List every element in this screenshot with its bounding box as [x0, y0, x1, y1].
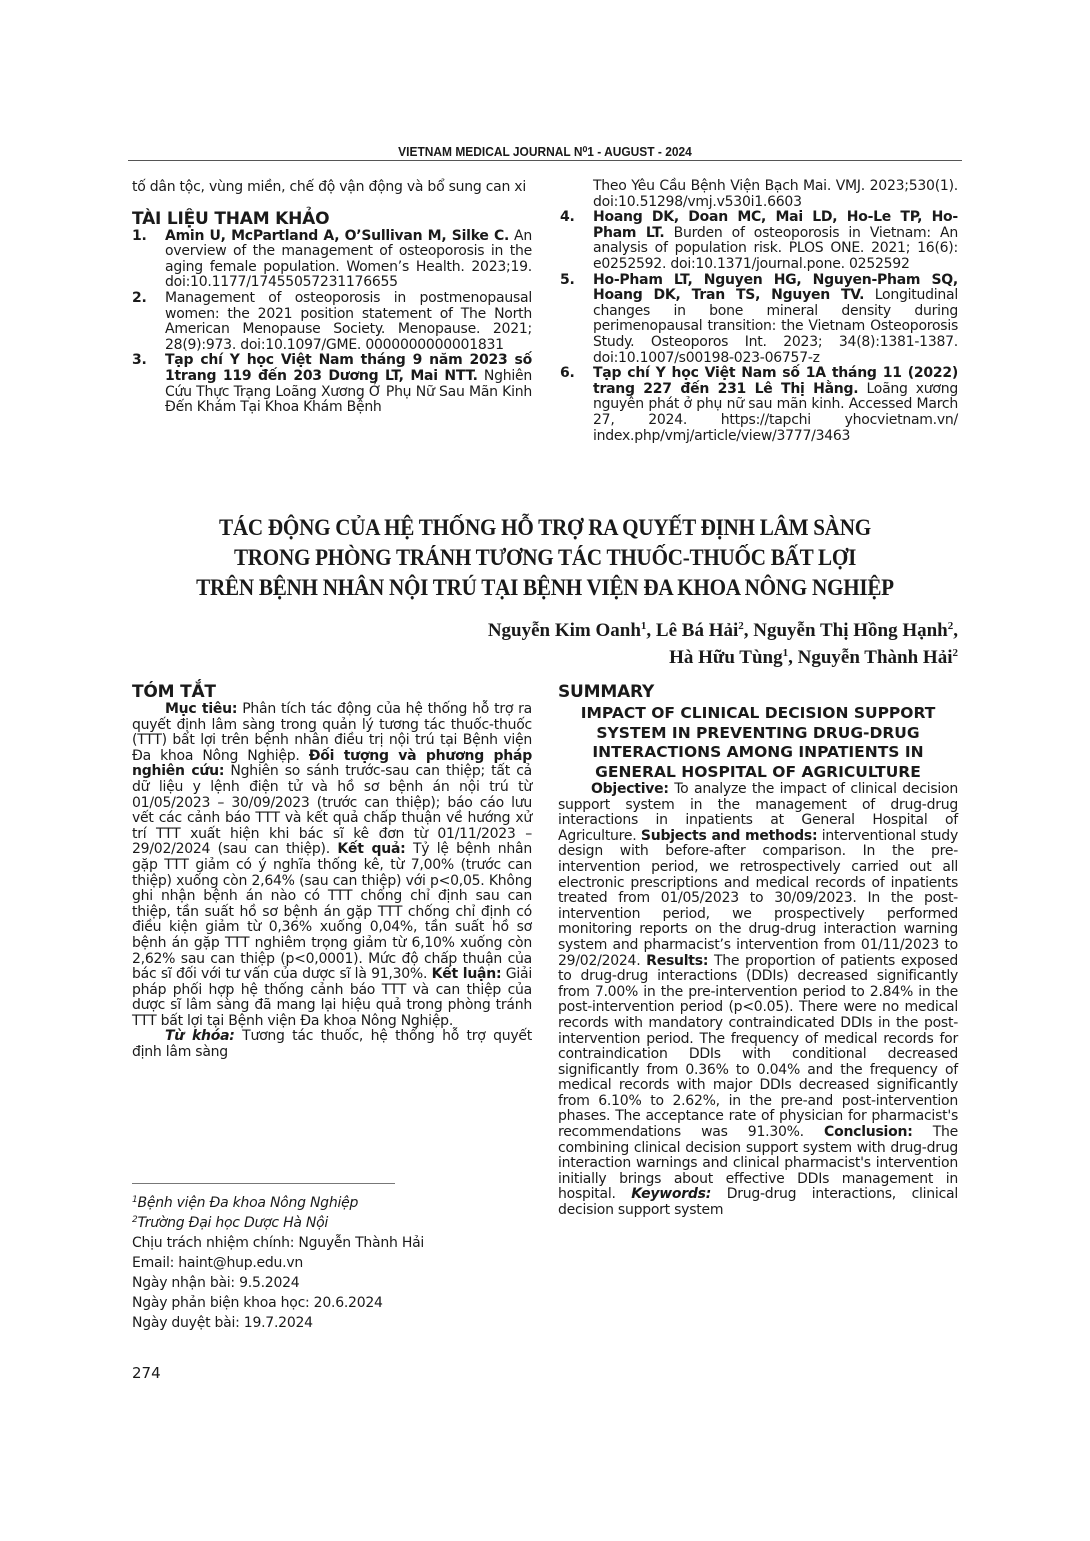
author-name: Lê Bá Hải — [656, 620, 738, 641]
author-name: Nguyễn Thành Hải — [798, 647, 953, 668]
abstract-vietnamese: TÓM TẮT Mục tiêu: Phân tích tác động của… — [132, 682, 532, 1061]
keywords-vi: Từ khóa: Tương tác thuốc, hệ thống hỗ tr… — [132, 1029, 532, 1060]
references-heading: TÀI LIỆU THAM KHẢO — [132, 209, 532, 229]
reference-item: 4. Hoang DK, Doan MC, Mai LD, Ho-Le TP, … — [560, 210, 958, 272]
abstract-body-en: Objective: To analyze the impact of clin… — [558, 782, 958, 1219]
summary-heading: SUMMARY — [558, 682, 958, 702]
running-head: VIETNAM MEDICAL JOURNAL N⁰1 - AUGUST - 2… — [161, 144, 928, 160]
author-name: Hà Hữu Tùng — [669, 647, 783, 668]
header-rule — [128, 160, 962, 161]
previous-article-tail: tố dân tộc, vùng miền, chế độ vận động v… — [132, 180, 532, 196]
journal-page: VIETNAM MEDICAL JOURNAL N⁰1 - AUGUST - 2… — [0, 0, 1090, 1541]
abstract-heading-vi: TÓM TẮT — [132, 682, 532, 702]
abstract-body-vi: Mục tiêu: Phân tích tác động của hệ thốn… — [132, 702, 532, 1029]
reference-item: 1. Amin U, McPartland A, O’Sullivan M, S… — [132, 229, 532, 291]
date-reviewed: Ngày phản biện khoa học: 20.6.2024 — [132, 1293, 532, 1313]
date-received: Ngày nhận bài: 9.5.2024 — [132, 1273, 532, 1293]
left-column-top: tố dân tộc, vùng miền, chế độ vận động v… — [132, 180, 532, 416]
article-title: TÁC ĐỘNG CỦA HỆ THỐNG HỖ TRỢ RA QUYẾT ĐỊ… — [181, 513, 910, 603]
email: Email: haint@hup.edu.vn — [132, 1253, 532, 1273]
page-number: 274 — [132, 1364, 161, 1382]
english-title: IMPACT OF CLINICAL DECISION SUPPORT SYST… — [558, 704, 958, 782]
abstract-english: SUMMARY IMPACT OF CLINICAL DECISION SUPP… — [558, 682, 958, 1219]
corresponding-author: Chịu trách nhiệm chính: Nguyễn Thành Hải — [132, 1233, 532, 1253]
reference-item-continued: Theo Yêu Cầu Bệnh Viện Bạch Mai. VMJ. 20… — [560, 179, 958, 210]
affiliation-2: 2Trường Đại học Dược Hà Nội — [132, 1213, 532, 1233]
reference-item: 2. Management of osteoporosis in postmen… — [132, 291, 532, 353]
reference-item: 5. Ho-Pham LT, Nguyen HG, Nguyen-Pham SQ… — [560, 273, 958, 367]
reference-item: 6. Tạp chí Y học Việt Nam số 1A tháng 11… — [560, 366, 958, 444]
right-column-top: Theo Yêu Cầu Bệnh Viện Bạch Mai. VMJ. 20… — [560, 179, 958, 444]
author-name: Nguyễn Kim Oanh — [488, 620, 641, 641]
footnotes: 1Bệnh viện Đa khoa Nông Nghiệp 2Trường Đ… — [132, 1193, 532, 1333]
affiliation-1: 1Bệnh viện Đa khoa Nông Nghiệp — [132, 1193, 532, 1213]
footnote-rule — [132, 1183, 395, 1184]
reference-item: 3. Tạp chí Y học Việt Nam tháng 9 năm 20… — [132, 353, 532, 415]
author-list: Nguyễn Kim Oanh1, Lê Bá Hải2, Nguyễn Thị… — [358, 617, 958, 671]
date-accepted: Ngày duyệt bài: 19.7.2024 — [132, 1313, 532, 1333]
author-name: Nguyễn Thị Hồng Hạnh — [753, 620, 947, 641]
